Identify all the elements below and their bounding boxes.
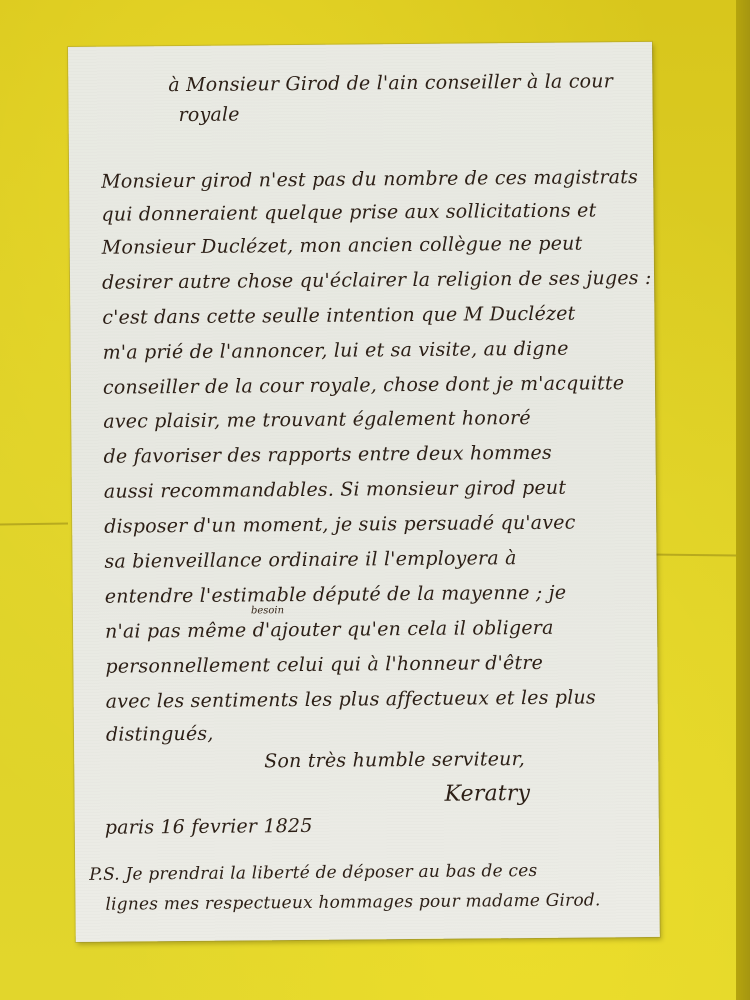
closing: Son très humble serviteur, bbox=[264, 748, 525, 772]
body-line: n'ai pas même d'ajouter qu'en cela il ob… bbox=[105, 617, 554, 643]
body-line: desirer autre chose qu'éclairer la relig… bbox=[102, 267, 652, 294]
body-line: distingués, bbox=[106, 723, 214, 746]
body-line: aussi recommandables. Si monsieur girod … bbox=[104, 477, 566, 503]
body-line: disposer d'un moment, je suis persuadé q… bbox=[104, 512, 576, 538]
letter-sheet: à Monsieur Girod de l'ain conseiller à l… bbox=[68, 42, 660, 942]
body-line: personnellement celui qui à l'honneur d'… bbox=[105, 652, 543, 678]
body-line: Monsieur girod n'est pas du nombre de ce… bbox=[101, 166, 638, 193]
body-line: avec les sentiments les plus affectueux … bbox=[106, 686, 596, 712]
body-line: entendre l'estimable député de la mayenn… bbox=[105, 582, 567, 608]
body-line: de favoriser des rapports entre deux hom… bbox=[103, 442, 552, 468]
interlinear-insertion: besoin bbox=[251, 605, 284, 616]
body-line: qui donneraient quelque prise aux sollic… bbox=[101, 199, 596, 225]
body-line: sa bienveillance ordinaire il l'employer… bbox=[104, 547, 516, 573]
dateline: paris 16 fevrier 1825 bbox=[105, 815, 313, 839]
address-line-2: royale bbox=[179, 104, 240, 127]
body-line: conseiller de la cour royale, chose dont… bbox=[103, 372, 624, 399]
body-line: avec plaisir, me trouvant également hono… bbox=[103, 407, 531, 433]
body-line: Monsieur Duclézet, mon ancien collègue n… bbox=[102, 233, 583, 259]
background-edge-strip bbox=[736, 0, 750, 1000]
postscript-line: P.S. Je prendrai la liberté de déposer a… bbox=[89, 861, 537, 885]
address-line-1: à Monsieur Girod de l'ain conseiller à l… bbox=[168, 70, 613, 96]
body-line: c'est dans cette seulle intention que M … bbox=[102, 303, 575, 329]
signature: Keratry bbox=[444, 781, 530, 807]
postscript-line: lignes mes respectueux hommages pour mad… bbox=[105, 890, 600, 914]
body-line: m'a prié de l'annoncer, lui et sa visite… bbox=[103, 338, 569, 364]
